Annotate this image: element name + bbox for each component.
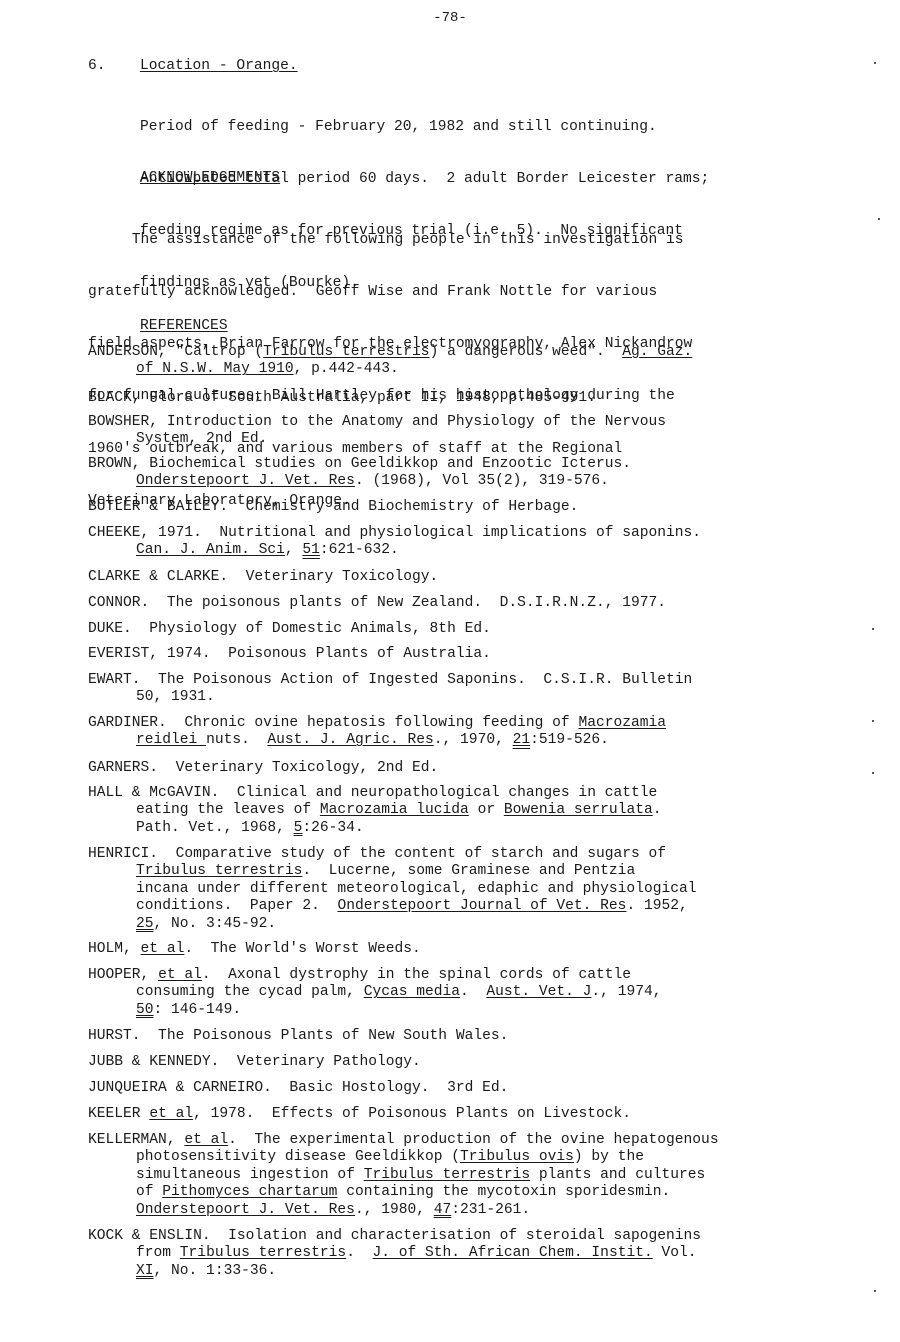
reference-line: HENRICI. Comparative study of the conten… [88,846,808,863]
underlined-text: Tribulus terrestris [180,1245,346,1261]
reference-text: ., 1980, [355,1202,434,1218]
reference-text: incana under different meteorological, e… [136,881,697,897]
reference-line: System, 2nd Ed. [88,431,808,448]
underlined-text: 51 [302,542,320,558]
reference-line: KOCK & ENSLIN. Isolation and characteris… [88,1228,808,1245]
reference-line: DUKE. Physiology of Domestic Animals, 8t… [88,621,808,638]
reference-text: eating the leaves of [136,802,320,818]
reference-text: ., 1974, [591,984,661,1000]
reference-line: BLACK, Flora of South Australia, part II… [88,390,808,407]
reference-text: . 1952, [626,898,687,914]
body-line: gratefully acknowledged. Geoff Wise and … [88,284,692,301]
reference-text: . (1968), Vol 35(2), 319-576. [355,473,609,489]
underlined-text: Aust. Vet. J [486,984,591,1000]
reference-line: BOWSHER, Introduction to the Anatomy and… [88,414,808,431]
scan-speck [874,62,876,64]
reference-line: CONNOR. The poisonous plants of New Zeal… [88,595,808,612]
underlined-text: Can. J. Anim. Sci [136,542,285,558]
reference-line: BUTLER & BAILEY. Chemistry and Biochemis… [88,499,808,516]
reference-entry: BUTLER & BAILEY. Chemistry and Biochemis… [88,499,808,516]
reference-text: EWART. The Poisonous Action of Ingested … [88,672,692,688]
reference-line: EVERIST, 1974. Poisonous Plants of Austr… [88,646,808,663]
reference-text: BROWN, Biochemical studies on Geeldikkop… [88,456,631,472]
reference-entry: CONNOR. The poisonous plants of New Zeal… [88,595,808,612]
reference-text: System, 2nd Ed. [136,431,267,447]
underlined-text: J. of Sth. African Chem. Instit. [372,1245,652,1261]
reference-text: or [469,802,504,818]
body-line: Period of feeding - February 20, 1982 an… [140,119,709,136]
reference-text: . The experimental production of the ovi… [228,1132,718,1148]
reference-text: . The World's Worst Weeds. [184,941,420,957]
acknowledgements-heading: ACKNOWLEDGEMENTS [140,170,280,187]
underlined-text: Macrozamia [578,715,666,731]
underlined-text: Macrozamia lucida [320,802,469,818]
reference-line: ANDERSON, "Caltrop (Tribulus terrestris)… [88,344,808,361]
reference-text: 50, 1931. [136,689,215,705]
underlined-text: 21 [513,732,531,748]
reference-text: :231-261. [451,1202,530,1218]
reference-entry: KELLERMAN, et al. The experimental produ… [88,1132,808,1219]
reference-entry: GARNERS. Veterinary Toxicology, 2nd Ed. [88,760,808,777]
underlined-text: et al [184,1132,228,1148]
reference-text: , No. 1:33-36. [154,1263,277,1279]
reference-line: conditions. Paper 2. Onderstepoort Journ… [88,898,808,915]
reference-text: . [346,1245,372,1261]
reference-line: GARNERS. Veterinary Toxicology, 2nd Ed. [88,760,808,777]
reference-text: HALL & McGAVIN. Clinical and neuropathol… [88,785,657,801]
reference-entry: JUBB & KENNEDY. Veterinary Pathology. [88,1054,808,1071]
reference-entry: KOCK & ENSLIN. Isolation and characteris… [88,1228,808,1280]
reference-line: of Pithomyces chartarum containing the m… [88,1184,808,1201]
reference-text: BUTLER & BAILEY. Chemistry and Biochemis… [88,499,578,515]
reference-line: CHEEKE, 1971. Nutritional and physiologi… [88,525,808,542]
section-heading: 6.Location - Orange. [88,58,298,75]
reference-text: BLACK, Flora of South Australia, part II… [88,390,596,406]
underlined-text: et al [149,1106,193,1122]
reference-line: BROWN, Biochemical studies on Geeldikkop… [88,456,808,473]
underlined-text: Tribulus terrestris [263,344,429,360]
reference-text: . [460,984,486,1000]
reference-text: of [136,1184,162,1200]
reference-text: nuts. [206,732,267,748]
reference-line: consuming the cycad palm, Cycas media. A… [88,984,808,1001]
reference-line: XI, No. 1:33-36. [88,1263,808,1280]
reference-text: . [653,802,662,818]
reference-text: : 146-149. [154,1002,242,1018]
reference-line: GARDINER. Chronic ovine hepatosis follow… [88,715,808,732]
reference-text: , p.442-443. [294,361,399,377]
page-number: -78- [0,10,900,27]
underlined-text: Pithomyces chartarum [162,1184,337,1200]
reference-text: ) by the [574,1149,644,1165]
reference-line: from Tribulus terrestris. J. of Sth. Afr… [88,1245,808,1262]
section-number: 6. [88,58,140,75]
reference-entry: BOWSHER, Introduction to the Anatomy and… [88,414,808,449]
reference-line: of N.S.W. May 1910, p.442-443. [88,361,808,378]
reference-line: Onderstepoort J. Vet. Res., 1980, 47:231… [88,1202,808,1219]
reference-text: :26-34. [302,820,363,836]
underlined-text: Onderstepoort J. Vet. Res [136,473,355,489]
reference-line: EWART. The Poisonous Action of Ingested … [88,672,808,689]
reference-line: Can. J. Anim. Sci, 51:621-632. [88,542,808,559]
reference-text: photosensitivity disease Geeldikkop ( [136,1149,460,1165]
reference-entry: HURST. The Poisonous Plants of New South… [88,1028,808,1045]
underlined-text: of N.S.W. May 1910 [136,361,294,377]
reference-text: GARDINER. Chronic ovine hepatosis follow… [88,715,578,731]
underlined-text: 47 [434,1202,452,1218]
reference-line: HOLM, et al. The World's Worst Weeds. [88,941,808,958]
reference-entry: HOLM, et al. The World's Worst Weeds. [88,941,808,958]
reference-line: HALL & McGAVIN. Clinical and neuropathol… [88,785,808,802]
underlined-text: Tribulus terrestris [364,1167,530,1183]
reference-line: HOOPER, et al. Axonal dystrophy in the s… [88,967,808,984]
underlined-text: 50 [136,1002,154,1018]
scan-speck [872,720,874,722]
reference-entry: BROWN, Biochemical studies on Geeldikkop… [88,456,808,491]
reference-text: JUBB & KENNEDY. Veterinary Pathology. [88,1054,421,1070]
reference-line: KEELER et al, 1978. Effects of Poisonous… [88,1106,808,1123]
underlined-text: Tribulus terrestris [136,863,302,879]
underlined-text: Bowenia serrulata [504,802,653,818]
scan-speck [878,218,880,220]
body-line: The assistance of the following people i… [88,232,692,249]
reference-text: HENRICI. Comparative study of the conten… [88,846,666,862]
reference-line: HURST. The Poisonous Plants of New South… [88,1028,808,1045]
reference-text: . Axonal dystrophy in the spinal cords o… [202,967,631,983]
scan-speck [874,1290,876,1292]
reference-text: HOOPER, [88,967,158,983]
reference-text: KEELER [88,1106,149,1122]
underlined-text: et al [141,941,185,957]
reference-entry: HALL & McGAVIN. Clinical and neuropathol… [88,785,808,837]
reference-text: consuming the cycad palm, [136,984,364,1000]
reference-text: simultaneous ingestion of [136,1167,364,1183]
reference-entry: EVERIST, 1974. Poisonous Plants of Austr… [88,646,808,663]
reference-line: 25, No. 3:45-92. [88,916,808,933]
reference-line: photosensitivity disease Geeldikkop (Tri… [88,1149,808,1166]
reference-text: KELLERMAN, [88,1132,184,1148]
reference-entry: EWART. The Poisonous Action of Ingested … [88,672,808,707]
reference-text: ., 1970, [434,732,513,748]
reference-entry: CHEEKE, 1971. Nutritional and physiologi… [88,525,808,560]
reference-line: eating the leaves of Macrozamia lucida o… [88,802,808,819]
underlined-text: reidlei [136,732,206,748]
reference-text: GARNERS. Veterinary Toxicology, 2nd Ed. [88,760,438,776]
scan-speck [872,772,874,774]
reference-line: KELLERMAN, et al. The experimental produ… [88,1132,808,1149]
reference-text: :621-632. [320,542,399,558]
reference-text: , [285,542,303,558]
reference-line: 50, 1931. [88,689,808,706]
reference-line: Onderstepoort J. Vet. Res. (1968), Vol 3… [88,473,808,490]
reference-text: Path. Vet., 1968, [136,820,294,836]
reference-entry: GARDINER. Chronic ovine hepatosis follow… [88,715,808,750]
scan-speck [872,628,874,630]
reference-text: , No. 3:45-92. [154,916,277,932]
reference-text: BOWSHER, Introduction to the Anatomy and… [88,414,666,430]
reference-line: 50: 146-149. [88,1002,808,1019]
reference-entry: HOOPER, et al. Axonal dystrophy in the s… [88,967,808,1019]
underlined-text: XI [136,1263,154,1279]
underlined-text: Cycas media [364,984,460,1000]
underlined-text: Aust. J. Agric. Res [267,732,433,748]
reference-entry: BLACK, Flora of South Australia, part II… [88,390,808,407]
reference-text: JUNQUEIRA & CARNEIRO. Basic Hostology. 3… [88,1080,508,1096]
underlined-text: et al [158,967,202,983]
reference-text: CHEEKE, 1971. Nutritional and physiologi… [88,525,701,541]
reference-line: CLARKE & CLARKE. Veterinary Toxicology. [88,569,808,586]
reference-text: containing the mycotoxin sporidesmin. [337,1184,670,1200]
reference-entry: CLARKE & CLARKE. Veterinary Toxicology. [88,569,808,586]
reference-text: KOCK & ENSLIN. Isolation and characteris… [88,1228,701,1244]
reference-entry: DUKE. Physiology of Domestic Animals, 8t… [88,621,808,638]
reference-text: ) a dangerous weed". [430,344,623,360]
underlined-text: 25 [136,916,154,932]
reference-line: Tribulus terrestris. Lucerne, some Grami… [88,863,808,880]
reference-line: simultaneous ingestion of Tribulus terre… [88,1167,808,1184]
reference-text: plants and cultures [530,1167,705,1183]
reference-text: , 1978. Effects of Poisonous Plants on L… [193,1106,631,1122]
reference-text: ANDERSON, "Caltrop ( [88,344,263,360]
reference-text: CONNOR. The poisonous plants of New Zeal… [88,595,666,611]
reference-line: incana under different meteorological, e… [88,881,808,898]
reference-text: from [136,1245,180,1261]
reference-line: reidlei nuts. Aust. J. Agric. Res., 1970… [88,732,808,749]
reference-entry: KEELER et al, 1978. Effects of Poisonous… [88,1106,808,1123]
reference-text: EVERIST, 1974. Poisonous Plants of Austr… [88,646,491,662]
reference-text: conditions. Paper 2. [136,898,337,914]
reference-entry: JUNQUEIRA & CARNEIRO. Basic Hostology. 3… [88,1080,808,1097]
reference-line: Path. Vet., 1968, 5:26-34. [88,820,808,837]
section-title: Location - Orange. [140,58,298,74]
reference-text: . Lucerne, some Graminese and Pentzia [302,863,635,879]
reference-text: Vol. [653,1245,697,1261]
reference-entry: HENRICI. Comparative study of the conten… [88,846,808,933]
reference-text: CLARKE & CLARKE. Veterinary Toxicology. [88,569,438,585]
reference-entry: ANDERSON, "Caltrop (Tribulus terrestris)… [88,344,808,379]
reference-text: :519-526. [530,732,609,748]
underlined-text: Tribulus ovis [460,1149,574,1165]
reference-text: HURST. The Poisonous Plants of New South… [88,1028,508,1044]
references-heading: REFERENCES [140,318,228,335]
underlined-text: Onderstepoort J. Vet. Res [136,1202,355,1218]
underlined-text: Ag. Gaz. [622,344,692,360]
reference-line: JUNQUEIRA & CARNEIRO. Basic Hostology. 3… [88,1080,808,1097]
reference-text: DUKE. Physiology of Domestic Animals, 8t… [88,621,491,637]
underlined-text: Onderstepoort Journal of Vet. Res [337,898,626,914]
reference-text: HOLM, [88,941,141,957]
reference-line: JUBB & KENNEDY. Veterinary Pathology. [88,1054,808,1071]
